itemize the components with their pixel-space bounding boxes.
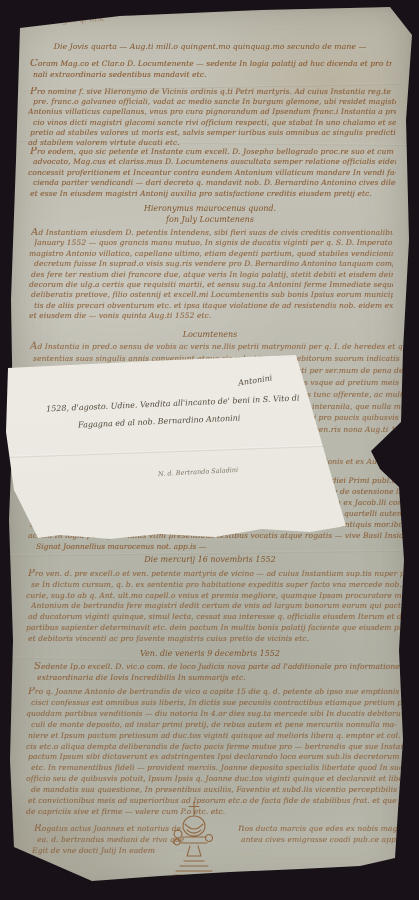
manuscript-line: Sedente Ip.o excell. D. vic.o com. de lo… <box>34 662 404 673</box>
paragraph-pro-eodem: Pro eodem, quo sic petente et Instante c… <box>30 147 396 199</box>
paragraph-ad-instantiam: Ad Instantiam eiusdem D. petentis Intend… <box>31 228 393 322</box>
manuscript-line: extraordinaria die Iovis Incredibilis In… <box>37 673 404 684</box>
manuscript-line: curie, sug.to ab q. Ant. ult.mo capell.o… <box>26 591 404 602</box>
closing-paragraph-right: nos ducta marcis que edes ex nobis mag.r… <box>238 824 402 846</box>
heading-session-date-2: Die mercurij 16 novembris 1552 <box>40 555 380 564</box>
manuscript-line: de mandatis sua quaestione, In presentib… <box>31 785 404 796</box>
manuscript-line: etc. In remanentibus fideli — provident … <box>31 763 404 774</box>
manuscript-line: Pro eodem, quo sic petente et Instante c… <box>30 147 396 157</box>
signat-line: Signat Joannellius maurocenus not. app.i… <box>36 542 206 551</box>
slip-corner-name: Antonini <box>238 373 273 387</box>
heading-session-date-3: Ven. die veneris 9 decembris 1552 <box>40 649 380 658</box>
manuscript-line: magistro Antonio villatico, capellano ul… <box>29 249 393 259</box>
manuscript-line: ad ducatorum viginti quinque, simul lect… <box>28 612 404 623</box>
heading-hieronymus: Hieronymus maurocenus quond. <box>40 204 380 213</box>
manuscript-line: decretum fuisse In suprad.o visis sug.ri… <box>34 259 393 269</box>
manuscript-line: cienda pariter vendicandi — dari decreto… <box>33 178 396 188</box>
manuscript-line: tis de aliis precari obventurum etc. et … <box>34 301 393 311</box>
manuscript-line: pactum Ipsum sibi dictaverunt ex adstrin… <box>28 752 404 763</box>
manuscript-line: antea cives emigrasse coadi pub.ce appos… <box>241 835 402 846</box>
heading-session-date-1: Die Jovis quarta — Aug.ti mill.o quingen… <box>40 42 380 51</box>
manuscript-line: concessit proferitionem et Inceantur con… <box>28 168 396 178</box>
manuscript-line: nos ducta marcis que edes ex nobis mag.r… <box>238 824 402 835</box>
manuscript-line: Pro nomine f. sive Hieronymo de Vicinis … <box>30 87 396 97</box>
paragraph-pro-nomine: Pro nomine f. sive Hieronymo de Vicinis … <box>30 87 396 148</box>
manuscript-line: cis etc.o aliqua dempta deliberandis de … <box>26 742 404 753</box>
manuscript-line: Antonius villaticus capellanus, vnus pro… <box>28 107 396 117</box>
heading-locumtenens-title: fon July Locumtenens <box>40 215 380 224</box>
manuscript-line: et esse In eiusdem magistri Antonij auxi… <box>30 189 396 199</box>
slip-annotation-line-1: 1528, d'agosto. Udine. Vendita all'incan… <box>46 393 300 413</box>
manuscript-line: partibus sapienter determinavit etc. dei… <box>26 623 404 634</box>
manuscript-line: officio seu de quibusvis potuit, Ipsum I… <box>26 774 404 785</box>
manuscript-line: cio vinos dicti magistri glacomi sancte … <box>33 118 396 128</box>
manuscript-line: decorum die ulg.a certis que requisiti m… <box>29 280 393 290</box>
manuscript-line: Pro q. Joanne Antonio de bertrandis de v… <box>28 687 404 698</box>
slip-signature: N. d. Bertrando Saladini <box>158 466 238 478</box>
manuscript-line: Ad Instantia in pred.o sensu de vobis ac… <box>30 341 404 353</box>
manuscript-line: pre. franc.o galvaneo officiali, vadat a… <box>33 97 396 107</box>
manuscript-line: Antonium de bertrandis fere magistri ded… <box>31 601 404 612</box>
manuscript-line: Ad Instantiam eiusdem D. petentis Intend… <box>31 228 393 238</box>
manuscript-line: des fere ter restium diei francore due, … <box>31 270 393 280</box>
manuscript-line: January 1552 — quos grancis manu mutuo, … <box>34 238 393 248</box>
heading-locumtenens: Locumtenens <box>40 330 380 339</box>
manuscript-line: et eiusdem die — vonis quinta Aug.ti 155… <box>29 311 393 321</box>
manuscript-line: nali extraordinaria sedentibus mandavit … <box>33 70 392 81</box>
manuscript-line: pretio ad stabiles valores ut moris est,… <box>30 128 396 138</box>
manuscript-line: quoddam partibus venditionis — diu notor… <box>26 709 404 720</box>
manuscript-line: advocato, Mag.cus et clariss.mus D. Locu… <box>33 157 396 167</box>
paragraph-pro-ven: Pro ven. d. pre excell.o et ven. petente… <box>28 569 404 645</box>
manuscript-line: deliberatis pretiove, filio ostennij et … <box>31 290 393 300</box>
manuscript-line: Pro ven. d. pre excell.o et ven. petente… <box>28 569 404 580</box>
manuscript-line: niere et Ipsum pactum pretiosum ad duc.t… <box>28 731 404 742</box>
manuscript-line: culi de monte deposito, ad instar primi … <box>31 720 404 731</box>
notary-mark-icon <box>148 798 240 882</box>
manuscript-line: Coram Mag.co et Clar.o D. Locumtenente —… <box>30 59 392 70</box>
manuscript-line: se In dictum cursum, q. b. ex sententia … <box>31 580 404 591</box>
paragraph-sedente: Sedente Ip.o excell. D. vic.o com. de lo… <box>34 662 404 684</box>
paragraph-coram: Coram Mag.co et Clar.o D. Locumtenente —… <box>30 59 392 80</box>
manuscript-line: cisci confessus est omnibus suis liberis… <box>31 698 404 709</box>
manuscript-line: et debitoris vincenti ac pro favente mag… <box>28 634 404 645</box>
photo-stage: Ex.ta Mag.ri q. m.k Die Jovis quarta — A… <box>0 0 419 900</box>
slip-annotation-line-2: Fagagna ed al nob. Bernardino Antonini <box>78 413 241 429</box>
slip-fold-crease <box>8 444 344 458</box>
